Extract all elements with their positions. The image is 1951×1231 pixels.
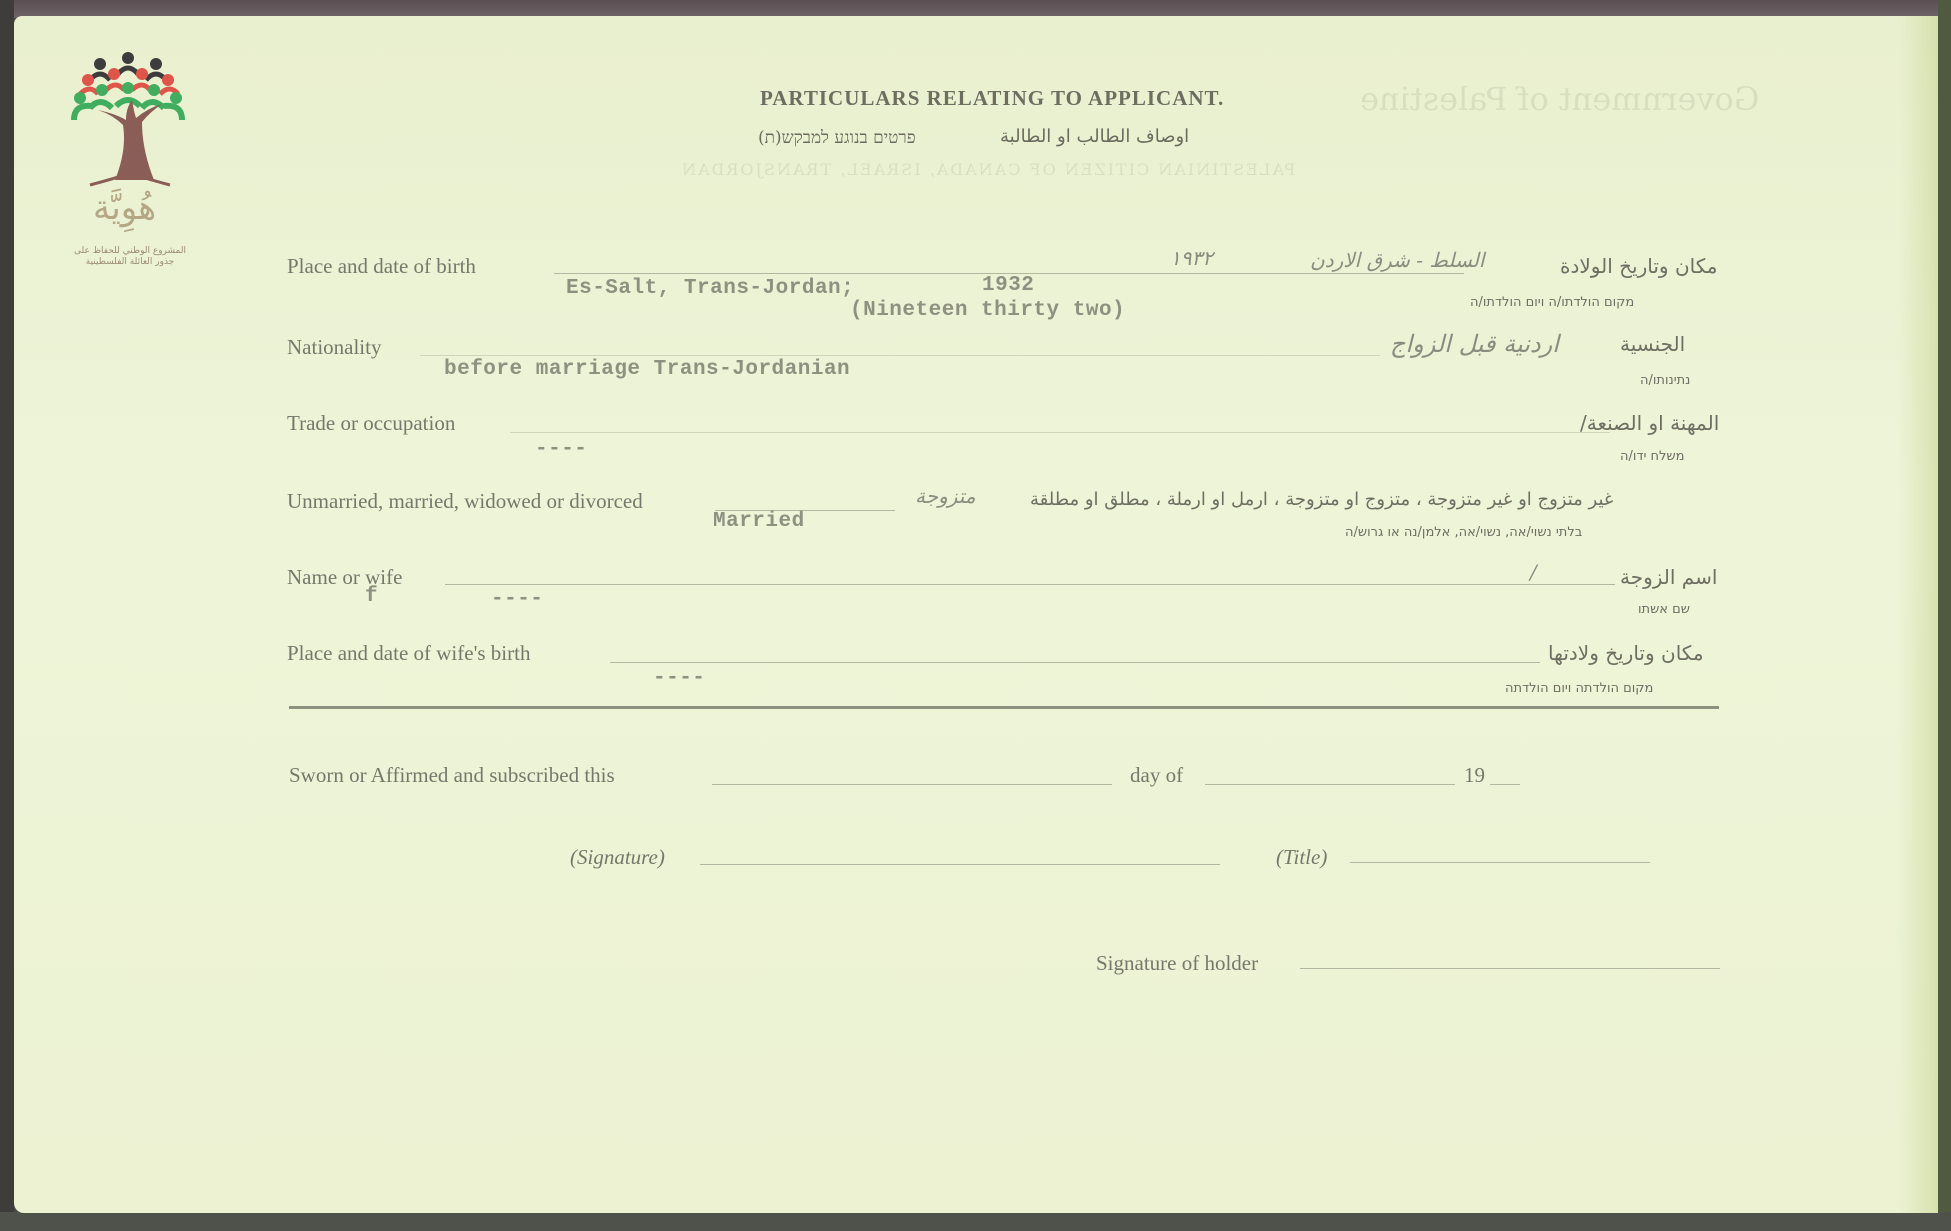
day-of-rule (1205, 784, 1455, 785)
wife-birth-rule (610, 662, 1540, 663)
birth-label: Place and date of birth (287, 254, 476, 279)
hawiya-logo (70, 50, 200, 195)
wife-name-value: ---- (491, 588, 543, 611)
birth-arabic-year: ١٩٣٢ (1170, 246, 1213, 270)
subtitle-hebrew: פרטים בנוגע למבקש(ת) (758, 128, 916, 148)
logo-caption: المشروع الوطني للحفاظ على جذور العائلة ا… (55, 246, 205, 268)
sworn-day-rule (712, 784, 1112, 785)
wife-name-hebrew-label: שם אשתו (1638, 602, 1690, 617)
birth-year-value: 1932 (982, 274, 1034, 297)
nationality-value: before marriage Trans-Jordanian (444, 358, 850, 381)
logo-caption-line2: جذور العائلة الفلسطينية (55, 257, 205, 268)
occupation-rule (510, 432, 1610, 433)
wife-name-arabic-label: اسم الزوجة (1620, 565, 1717, 589)
scan-frame-right (1938, 0, 1951, 1231)
nationality-rule (420, 355, 1380, 356)
bleed-through-title: Government of Palestine (1360, 80, 1759, 118)
marital-status-value: Married (713, 510, 805, 533)
year-prefix: 19 (1464, 763, 1485, 788)
marital-arabic-handwritten: متزوجة (915, 484, 976, 508)
family-tree-icon (70, 50, 200, 190)
occupation-hebrew-label: משלח ידו/ה (1620, 449, 1684, 464)
nationality-label: Nationality (287, 335, 381, 360)
day-of-label: day of (1130, 763, 1183, 788)
birth-hebrew-label: מקום הולדתו/ה ויום הולדתו/ה (1470, 295, 1634, 310)
nationality-hebrew-label: נתינותו/ה (1640, 373, 1690, 388)
scan-frame-bottom (0, 1212, 1951, 1231)
page-title: PARTICULARS RELATING TO APPLICANT. (760, 86, 1224, 111)
nationality-arabic-label: الجنسية (1620, 332, 1685, 356)
marital-hebrew-label: בלתי נשוי/אה, נשוי/אה, אלמן/נה או גרוש/ה (1345, 525, 1582, 540)
wife-birth-hebrew-label: מקום הולדתה ויום הולדתה (1505, 681, 1653, 696)
title-label: (Title) (1276, 845, 1327, 870)
wife-birth-value: ---- (653, 667, 705, 690)
section-divider (289, 706, 1719, 709)
occupation-label: Trade or occupation (287, 411, 455, 436)
holder-signature-label: Signature of holder (1096, 951, 1258, 976)
birth-place-value: Es-Salt, Trans-Jordan; (566, 277, 854, 300)
signature-label: (Signature) (570, 845, 665, 870)
sworn-label: Sworn or Affirmed and subscribed this (289, 763, 615, 788)
bleed-through-line: PALESTINIAN CITIZEN OF CANADA, ISRAEL, T… (680, 160, 1295, 179)
title-rule (1350, 862, 1650, 863)
birth-arabic-handwritten: السلط - شرق الاردن (1310, 248, 1484, 272)
subtitle-arabic: اوصاف الطالب او الطالبة (1000, 126, 1189, 147)
birth-arabic-label: مكان وتاريخ الولادة (1560, 254, 1717, 278)
year-rule (1490, 784, 1520, 785)
scan-frame-left (0, 0, 14, 1231)
logo-wordmark: هُوِيَّة (93, 188, 156, 228)
marital-status-label: Unmarried, married, widowed or divorced (287, 489, 643, 514)
wife-name-arabic-handwritten: / (1530, 560, 1537, 584)
marital-arabic-label: غير متزوج او غير متزوجة ، متزوج او متزوج… (1030, 489, 1613, 510)
nationality-arabic-handwritten: اردنية قبل الزواج (1390, 330, 1559, 358)
occupation-arabic-label: المهنة او الصنعة/ (1580, 411, 1719, 435)
wife-name-rule (445, 584, 1615, 585)
occupation-value: ---- (535, 438, 587, 461)
wife-name-mark: f (365, 585, 378, 608)
signature-rule (700, 864, 1220, 865)
logo-caption-line1: المشروع الوطني للحفاظ على (55, 246, 205, 257)
birth-year-words: (Nineteen thirty two) (850, 299, 1125, 322)
wife-name-label: Name or wife (287, 565, 402, 590)
wife-birth-arabic-label: مكان وتاريخ ولادتها (1548, 641, 1704, 665)
wife-birth-label: Place and date of wife's birth (287, 641, 530, 666)
holder-signature-rule (1300, 968, 1720, 969)
